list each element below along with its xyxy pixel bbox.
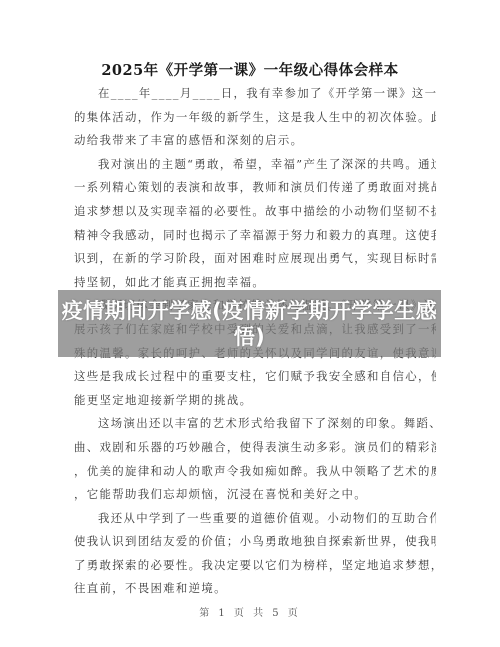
body-line: 能更坚定地迎接新学期的挑战。	[74, 389, 436, 413]
body-line: 在____年____月____日，我有幸参加了《开学第一课》这一独特	[74, 82, 436, 106]
body-line: 了勇敢探索的必要性。我决定要以它们为榜样，坚定地追求梦想，勇	[74, 554, 436, 578]
body-line: 这些是我成长过程中的重要支柱，它们赋予我安全感和自信心，使我	[74, 365, 436, 389]
body-line: 这场演出还以丰富的艺术形式给我留下了深刻的印象。舞蹈、歌	[74, 412, 436, 436]
document-title: 2025年《开学第一课》一年级心得体会样本	[0, 59, 500, 80]
body-line: ，它能帮助我们忘却烦恼，沉浸在喜悦和美好之中。	[74, 483, 436, 507]
document-page: 2025年《开学第一课》一年级心得体会样本 在____年____月____日，我…	[0, 0, 500, 647]
body-line: 的集体活动，作为一年级的新学生，这是我人生中的初次体验。此活	[74, 106, 436, 130]
body-line: 我还从中学到了一些重要的道德价值观。小动物们的互助合作，	[74, 507, 436, 531]
body-line: 曲、戏剧和乐器的巧妙融合，使得表演生动多彩。演员们的精彩演绎	[74, 436, 436, 460]
body-line: ，优美的旋律和动人的歌声令我如痴如醉。我从中领略了艺术的魔力	[74, 460, 436, 484]
body-line: 识到，在新的学习阶段，面对困难时应展现出勇气，实现目标时需保	[74, 247, 436, 271]
body-line: 一系列精心策划的表演和故事，教师和演员们传递了勇敢面对挑战、	[74, 176, 436, 200]
body-line: 使我认识到团结友爱的价值；小鸟勇敢地独自探索新世界，使我明白	[74, 530, 436, 554]
body-line: 往直前，不畏困难和逆境。	[74, 577, 436, 601]
page-number-footer: 第 1 页 共 5 页	[0, 604, 500, 619]
title-overlay-banner: 疫情期间开学感(疫情新学期开学学生感悟)	[58, 290, 441, 357]
body-line: 动给我带来了丰富的感悟和深刻的启示。	[74, 129, 436, 153]
body-line: 精神令我感动，同时也揭示了幸福源于努力和毅力的真理。这使我认	[74, 224, 436, 248]
banner-headline: 疫情期间开学感(疫情新学期开学学生感悟)	[58, 298, 441, 350]
body-line: 我对演出的主题“勇敢，希望，幸福”产生了深深的共鸣。通过	[74, 153, 436, 177]
body-line: 追求梦想以及实现幸福的必要性。故事中描绘的小动物们坚韧不拔的	[74, 200, 436, 224]
